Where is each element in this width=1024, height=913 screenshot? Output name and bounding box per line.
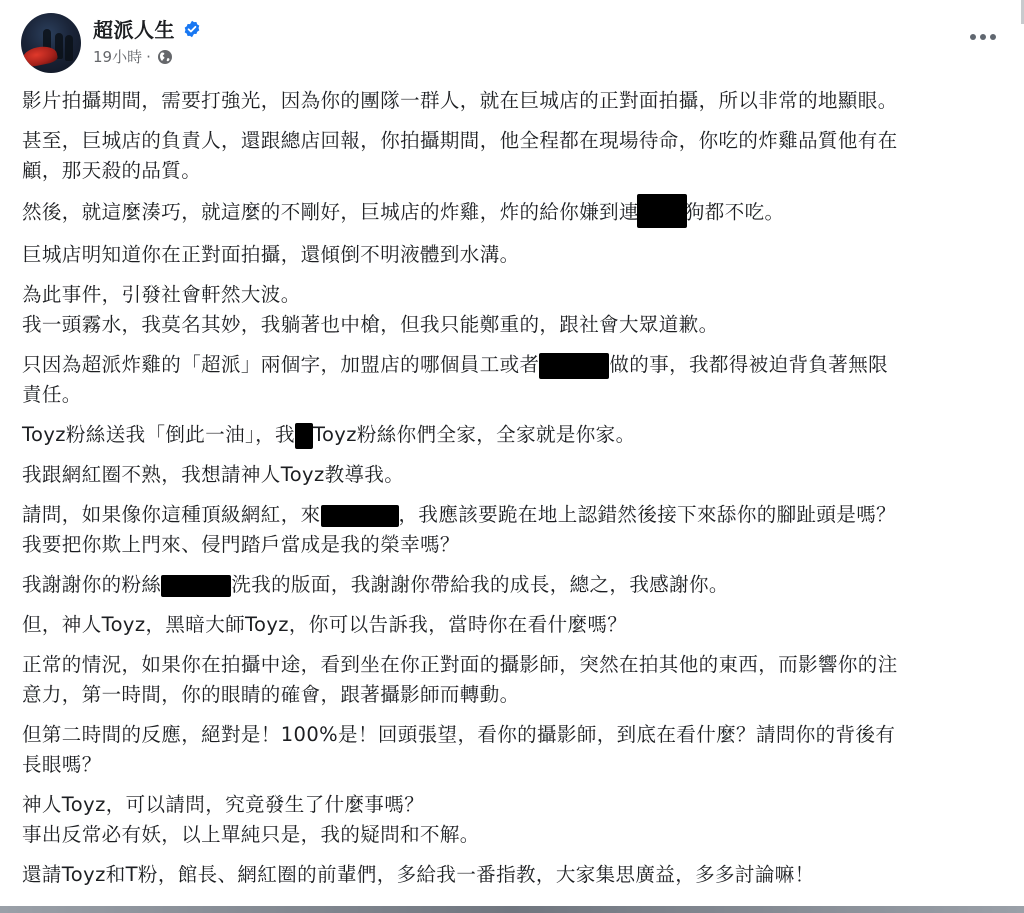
more-options-icon (980, 34, 986, 40)
post-text: 事出反常必有妖，以上單純只是，我的疑問和不解。 (22, 823, 480, 846)
meta-separator: · (146, 48, 151, 66)
post-line: 然後，就這麼湊巧，就這麼的不剛好，巨城店的炸雞，炸的給你嫌到連狗都不吃。 (22, 196, 1007, 230)
redaction-block (161, 575, 231, 597)
more-options-icon (990, 34, 996, 40)
post-line: 我謝謝你的粉絲洗我的版面，我謝謝你帶給我的成長，總之，我感謝你。 (22, 570, 1007, 600)
post-line: 我要把你欺上門來、侵門踏戶當成是我的榮幸嗎？ (22, 530, 1007, 560)
post-text: 我跟網紅圈不熟，我想請神人Toyz教導我。 (22, 463, 404, 486)
post-line: 長眼嗎？ (22, 750, 1007, 780)
post-body-text: 影片拍攝期間，需要打強光，因為你的團隊一群人，就在巨城店的正對面拍攝，所以非常的… (22, 86, 1007, 900)
post-text: 我一頭霧水，我莫名其妙，我躺著也中槍，但我只能鄭重的，跟社會大眾道歉。 (22, 313, 719, 336)
post-meta: 19小時 · (93, 46, 173, 67)
post-line: 影片拍攝期間，需要打強光，因為你的團隊一群人，就在巨城店的正對面拍攝，所以非常的… (22, 86, 1007, 116)
avatar-figure (65, 35, 73, 61)
post-paragraph: 然後，就這麼湊巧，就這麼的不剛好，巨城店的炸雞，炸的給你嫌到連狗都不吃。 (22, 196, 1007, 230)
post-text: ，我應該要跪在地上認錯然後接下來舔你的腳趾頭是嗎？ (399, 503, 897, 526)
post-line: 但第二時間的反應，絕對是！100%是！回頭張望，看你的攝影師，到底在看什麼？請問… (22, 720, 1007, 750)
post-line: 顧，那天殺的品質。 (22, 156, 1007, 186)
author-name-row: 超派人生 (93, 14, 201, 43)
post-paragraph: 為此事件，引發社會軒然大波。我一頭霧水，我莫名其妙，我躺著也中槍，但我只能鄭重的… (22, 280, 1007, 340)
post-text: 請問，如果像你這種頂級網紅，來 (22, 503, 321, 526)
post-line: 我一頭霧水，我莫名其妙，我躺著也中槍，但我只能鄭重的，跟社會大眾道歉。 (22, 310, 1007, 340)
post-text: 為此事件，引發社會軒然大波。 (22, 283, 301, 306)
post-text: 做的事，我都得被迫背負著無限 (609, 353, 888, 376)
redaction-block (295, 423, 313, 449)
post-text: 神人Toyz，可以請問，究竟發生了什麼事嗎？ (22, 793, 424, 816)
post-paragraph: 影片拍攝期間，需要打強光，因為你的團隊一群人，就在巨城店的正對面拍攝，所以非常的… (22, 86, 1007, 116)
post-line: 我跟網紅圈不熟，我想請神人Toyz教導我。 (22, 460, 1007, 490)
post-line: 神人Toyz，可以請問，究竟發生了什麼事嗎？ (22, 790, 1007, 820)
more-options-icon (970, 34, 976, 40)
post-text: 然後，就這麼湊巧，就這麼的不剛好，巨城店的炸雞，炸的給你嫌到連 (22, 201, 639, 224)
post-text: Toyz粉絲你們全家，全家就是你家。 (313, 423, 636, 446)
post-timestamp[interactable]: 19小時 (93, 46, 142, 67)
post-line: Toyz粉絲送我「倒此一油」，我Toyz粉絲你們全家，全家就是你家。 (22, 420, 1007, 450)
post-line: 為此事件，引發社會軒然大波。 (22, 280, 1007, 310)
post-text: 正常的情況，如果你在拍攝中途，看到坐在你正對面的攝影師，突然在拍其他的東西，而影… (22, 653, 898, 676)
post-paragraph: 但，神人Toyz，黑暗大師Toyz，你可以告訴我，當時你在看什麼嗎？ (22, 610, 1007, 640)
more-options-button[interactable] (966, 30, 1000, 44)
post-text: Toyz粉絲送我「倒此一油」，我 (22, 423, 295, 446)
redaction-block (637, 194, 687, 228)
post-paragraph: 巨城店明知道你在正對面拍攝，還傾倒不明液體到水溝。 (22, 240, 1007, 270)
post-line: 甚至，巨城店的負責人，還跟總店回報，你拍攝期間，他全程都在現場待命，你吃的炸雞品… (22, 126, 1007, 156)
post-text: 顧，那天殺的品質。 (22, 159, 201, 182)
post-text: 還請Toyz和T粉，館長、網紅圈的前輩們，多給我一番指教，大家集思廣益，多多討論… (22, 863, 815, 886)
post-text: 狗都不吃。 (685, 201, 785, 224)
post-paragraph: 我跟網紅圈不熟，我想請神人Toyz教導我。 (22, 460, 1007, 490)
post-line: 意力，第一時間，你的眼睛的確會，跟著攝影師而轉動。 (22, 680, 1007, 710)
post-text: 意力，第一時間，你的眼睛的確會，跟著攝影師而轉動。 (22, 683, 520, 706)
post-line: 責任。 (22, 380, 1007, 410)
post-paragraph: 甚至，巨城店的負責人，還跟總店回報，你拍攝期間，他全程都在現場待命，你吃的炸雞品… (22, 126, 1007, 186)
post-text: 洗我的版面，我謝謝你帶給我的成長，總之，我感謝你。 (231, 573, 729, 596)
facebook-post: 超派人生 19小時 · 影片拍攝期間，需要打強光，因為你的團隊一群人，就在巨城店… (0, 0, 1024, 906)
globe-icon[interactable] (157, 49, 173, 65)
post-line: 正常的情況，如果你在拍攝中途，看到坐在你正對面的攝影師，突然在拍其他的東西，而影… (22, 650, 1007, 680)
avatar-car (22, 44, 59, 69)
redaction-block (539, 353, 609, 379)
post-paragraph: 還請Toyz和T粉，館長、網紅圈的前輩們，多給我一番指教，大家集思廣益，多多討論… (22, 860, 1007, 890)
post-line: 請問，如果像你這種頂級網紅，來，我應該要跪在地上認錯然後接下來舔你的腳趾頭是嗎？ (22, 500, 1007, 530)
post-paragraph: 只因為超派炸雞的「超派」兩個字，加盟店的哪個員工或者做的事，我都得被迫背負著無限… (22, 350, 1007, 410)
post-text: 但，神人Toyz，黑暗大師Toyz，你可以告訴我，當時你在看什麼嗎？ (22, 613, 627, 636)
post-paragraph: 我謝謝你的粉絲洗我的版面，我謝謝你帶給我的成長，總之，我感謝你。 (22, 570, 1007, 600)
post-line: 只因為超派炸雞的「超派」兩個字，加盟店的哪個員工或者做的事，我都得被迫背負著無限 (22, 350, 1007, 380)
post-text: 甚至，巨城店的負責人，還跟總店回報，你拍攝期間，他全程都在現場待命，你吃的炸雞品… (22, 129, 898, 152)
post-paragraph: 但第二時間的反應，絕對是！100%是！回頭張望，看你的攝影師，到底在看什麼？請問… (22, 720, 1007, 780)
post-text: 影片拍攝期間，需要打強光，因為你的團隊一群人，就在巨城店的正對面拍攝，所以非常的… (22, 89, 898, 112)
bottom-divider (0, 906, 1024, 913)
post-line: 但，神人Toyz，黑暗大師Toyz，你可以告訴我，當時你在看什麼嗎？ (22, 610, 1007, 640)
post-paragraph: 神人Toyz，可以請問，究竟發生了什麼事嗎？事出反常必有妖，以上單純只是，我的疑… (22, 790, 1007, 850)
verified-badge-icon (183, 20, 201, 38)
post-text: 我謝謝你的粉絲 (22, 573, 161, 596)
post-text: 但第二時間的反應，絕對是！100%是！回頭張望，看你的攝影師，到底在看什麼？請問… (22, 723, 895, 746)
post-header: 超派人生 19小時 · (0, 0, 1024, 80)
author-name[interactable]: 超派人生 (93, 14, 175, 43)
redaction-block (321, 505, 399, 527)
post-line: 事出反常必有妖，以上單純只是，我的疑問和不解。 (22, 820, 1007, 850)
post-text: 巨城店明知道你在正對面拍攝，還傾倒不明液體到水溝。 (22, 243, 520, 266)
post-line: 還請Toyz和T粉，館長、網紅圈的前輩們，多給我一番指教，大家集思廣益，多多討論… (22, 860, 1007, 890)
post-text: 我要把你欺上門來、侵門踏戶當成是我的榮幸嗎？ (22, 533, 460, 556)
post-text: 只因為超派炸雞的「超派」兩個字，加盟店的哪個員工或者 (22, 353, 539, 376)
post-line: 巨城店明知道你在正對面拍攝，還傾倒不明液體到水溝。 (22, 240, 1007, 270)
post-text: 責任。 (22, 383, 82, 406)
post-text: 長眼嗎？ (22, 753, 102, 776)
post-paragraph: 正常的情況，如果你在拍攝中途，看到坐在你正對面的攝影師，突然在拍其他的東西，而影… (22, 650, 1007, 710)
avatar[interactable] (21, 13, 81, 73)
post-paragraph: Toyz粉絲送我「倒此一油」，我Toyz粉絲你們全家，全家就是你家。 (22, 420, 1007, 450)
post-paragraph: 請問，如果像你這種頂級網紅，來，我應該要跪在地上認錯然後接下來舔你的腳趾頭是嗎？… (22, 500, 1007, 560)
